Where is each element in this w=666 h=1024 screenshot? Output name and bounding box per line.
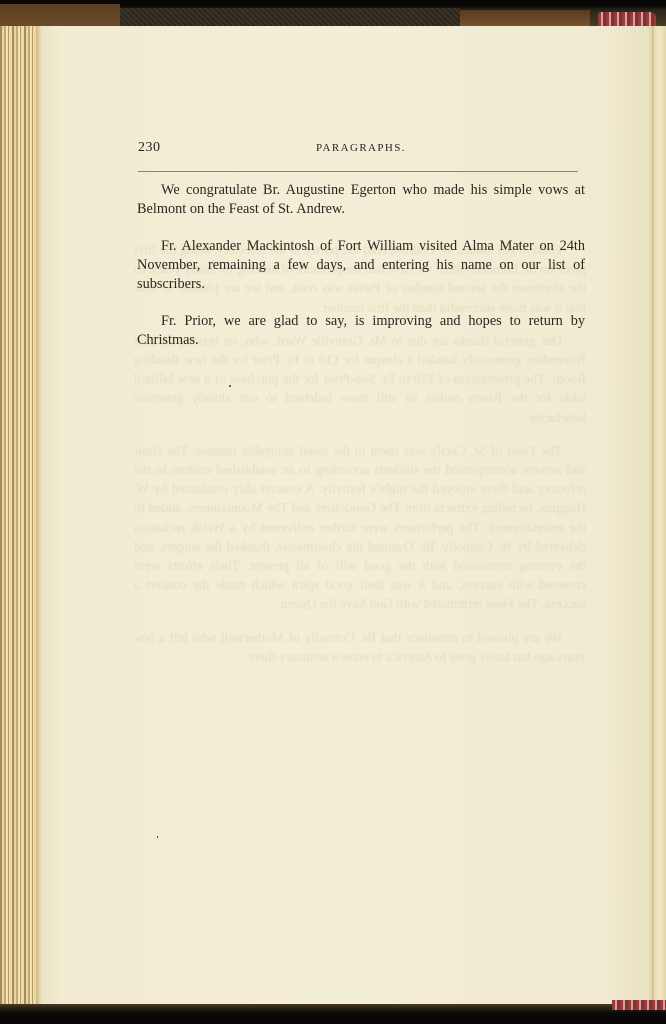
book-cover-bottom-edge bbox=[0, 1004, 666, 1024]
ink-speck bbox=[229, 385, 231, 387]
cover-leather-spine bbox=[120, 8, 460, 26]
header-rule bbox=[138, 171, 578, 172]
section-title: PARAGRAPHS. bbox=[138, 142, 584, 154]
stacked-page-edges bbox=[0, 26, 42, 1004]
right-page-edge bbox=[652, 26, 666, 1004]
page-body: We congratulate Br. Augustine Egerton wh… bbox=[137, 181, 585, 368]
book-cover-top-edge bbox=[0, 0, 666, 28]
paragraph-mackintosh-visit: Fr. Alexander Mackintosh of Fort William… bbox=[137, 237, 585, 294]
bookmark-ribbon-bottom bbox=[612, 1000, 666, 1010]
book-page bbox=[42, 26, 654, 1004]
ink-speck bbox=[157, 836, 158, 838]
paragraph-prior-health: Fr. Prior, we are glad to say, is improv… bbox=[137, 312, 585, 350]
paragraph-egerton-vows: We congratulate Br. Augustine Egerton wh… bbox=[137, 181, 585, 219]
cover-corner-left bbox=[0, 4, 120, 26]
book-scan: Feast of All Saints. W. Ludford read the… bbox=[0, 0, 666, 1024]
running-header: 230 PARAGRAPHS. bbox=[138, 140, 584, 160]
